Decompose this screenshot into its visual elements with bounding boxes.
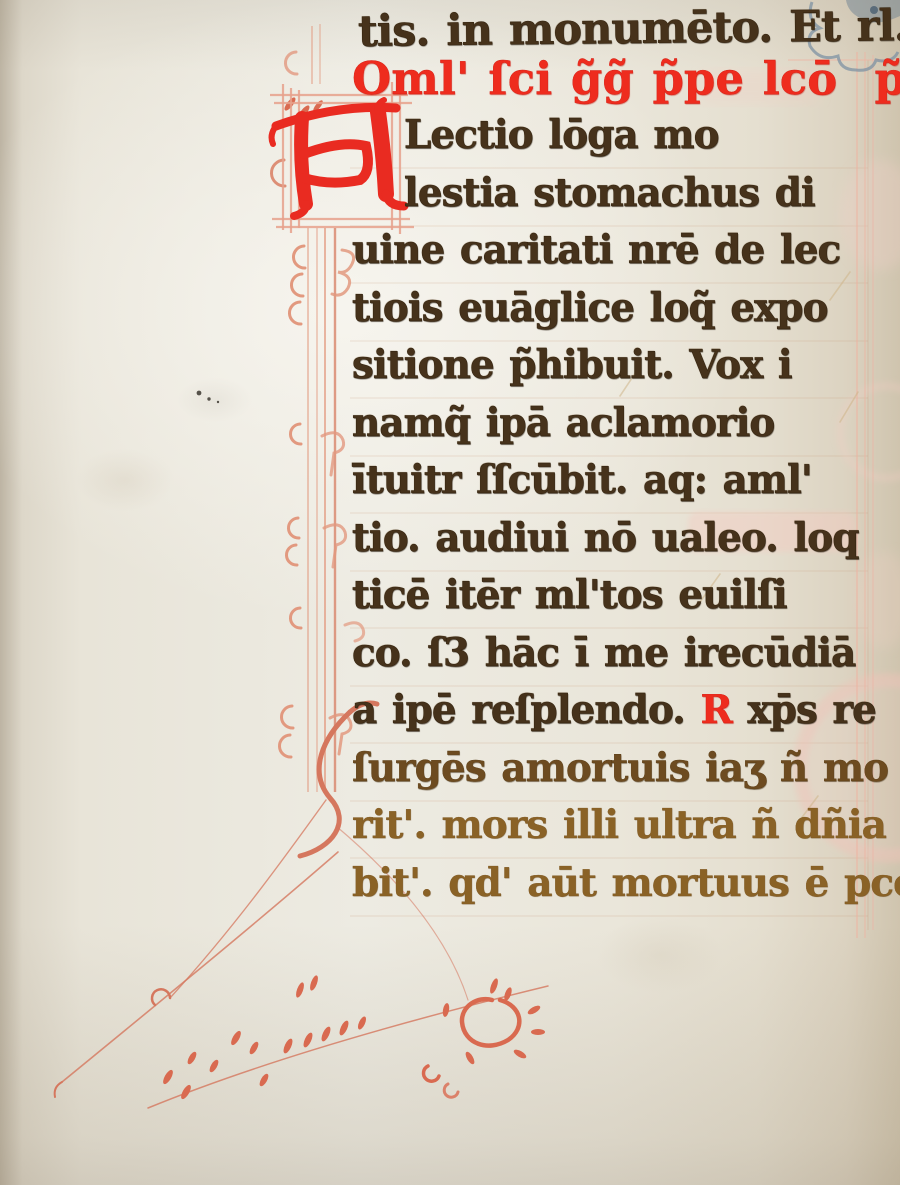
text-line: co. ſ3 hāc ī me irecūdiā — [352, 630, 855, 687]
responsory-mark: R — [700, 687, 731, 733]
left-border-ruling — [308, 24, 335, 792]
text-line: bit'. qd' aūt mortuus ē pcc — [352, 860, 900, 917]
border-curl-ornaments — [271, 52, 363, 757]
flourish-comma-marks — [161, 974, 545, 1100]
text-line: namq̃ ipā aclamorio — [352, 400, 774, 457]
ink-specks — [197, 391, 220, 404]
text-line: ītuitr ſſcūbit. aq: aml' — [352, 457, 812, 514]
initial-letter-A — [272, 100, 404, 216]
border-accent-marks — [283, 96, 325, 120]
text-line: rit'. mors illi ultra ñ dñia — [352, 802, 886, 859]
text-line-fragment: a ipē reſplendo. — [352, 687, 700, 733]
text-line: uine caritati nrē de lec — [352, 227, 840, 284]
text-line-fragment: xp̄s re — [732, 687, 876, 733]
text-line-with-responsory: a ipē reſplendo. R xp̄s re — [352, 687, 876, 744]
text-line: tiois euāglice loq̃ expo — [352, 285, 828, 342]
text-line: ſurgēs amortuis iaʒ ñ mo — [352, 745, 888, 802]
text-line: sitione p̃hibuit. Vox i — [352, 342, 792, 399]
text-line: tio. audiui nō ualeo. loq — [352, 515, 859, 572]
text-line: Lectio lōga mo — [404, 112, 719, 169]
rubric-incipit-line: Oml' ſci g̃g̃ p̃pe lcō p̃ . — [352, 52, 900, 105]
previous-text-ending-line: tis. in monumēto. Et rl. — [358, 1, 900, 57]
manuscript-page: tis. in monumēto. Et rl. Oml' ſci g̃g̃ p… — [0, 0, 900, 1185]
text-line: ticē itēr ml'tos euilſi — [352, 572, 787, 629]
text-line: lestia stomachus di — [404, 170, 815, 227]
